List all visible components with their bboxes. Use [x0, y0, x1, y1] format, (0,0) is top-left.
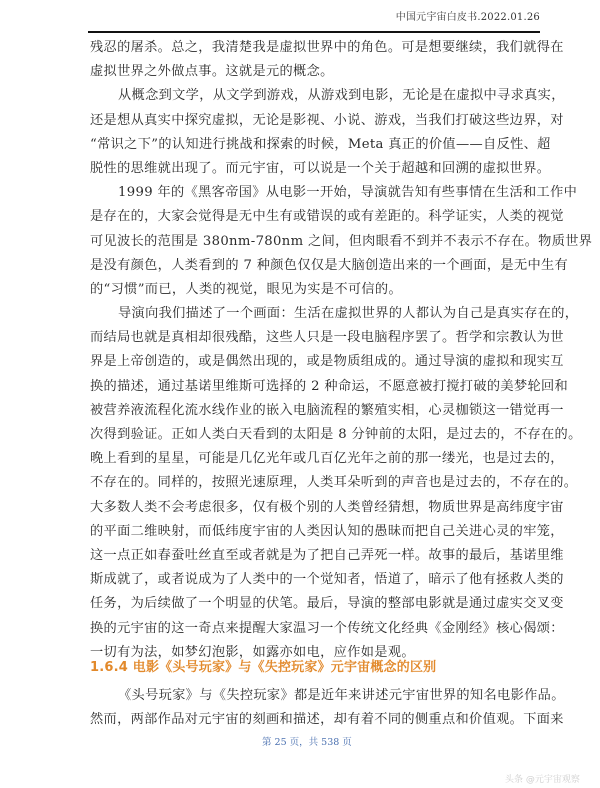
text-line: 虚拟世界之外做点事。这就是元的概念。 — [90, 60, 542, 84]
text-line: 任务，为后续做了一个明显的伏笔。最后，导演的整部电影就是通过虚实交叉变 — [90, 592, 542, 616]
text-line: 脱性的思维就出现了。而元宇宙，可以说是一个关于超越和回溯的虚拟世界。 — [90, 157, 542, 181]
running-header: 中国元宇宙白皮书.2022.01.26 — [88, 8, 540, 23]
page-number: 第 25 页，共 538 页 — [262, 734, 352, 748]
text-line: “常识之下”的认知进行挑战和探索的时候，Meta 真正的价值——自反性、超 — [90, 133, 542, 157]
text-line: 界是上帝创造的，或是偶然出现的，或是物质组成的。通过导演的虚拟和现实互 — [90, 350, 542, 374]
text-line: 不存在的。同样的，按照光速原理，人类耳朵听到的声音也是过去的，不存在的。 — [90, 471, 542, 495]
text-line: 《头号玩家》与《失控玩家》都是近年来讲述元宇宙世界的知名电影作品。 — [90, 684, 542, 708]
text-line: 换的元宇宙的这一奇点来提醒大家温习一个传统文化经典《金刚经》核心偈颂： — [90, 617, 542, 641]
section-body-text: 《头号玩家》与《失控玩家》都是近年来讲述元宇宙世界的知名电影作品。 然而，两部作… — [90, 684, 542, 732]
text-line: 被营养液流程化流水线作业的嵌入电脑流程的繁殖实相，心灵枷锁这一错觉再一 — [90, 399, 542, 423]
text-line: 换的描述，通过基诺里维斯可选择的 2 种命运，不愿意被打搅打破的美梦轮回和 — [90, 375, 542, 399]
text-line: 是存在的，大家会觉得是无中生有或错误的或有差距的。科学证实，人类的视觉 — [90, 205, 542, 229]
text-line: 1999 年的《黑客帝国》从电影一开始，导演就告知有些事情在生活和工作中 — [90, 181, 542, 205]
text-line: 而结局也就是真相却很残酷，这些人只是一段电脑程序罢了。哲学和宗教认为世 — [90, 326, 542, 350]
text-line: 是没有颜色，人类看到的 7 种颜色仅仅是大脑创造出来的一个画面，是无中生有 — [90, 254, 542, 278]
text-line: 从概念到文学，从文学到游戏，从游戏到电影，无论是在虚拟中寻求真实， — [90, 84, 542, 108]
text-line: 大多数人类不会考虑很多，仅有极个别的人类曾经猜想，物质世界是高纬度宇宙 — [90, 496, 542, 520]
text-line: 残忍的屠杀。总之，我清楚我是虚拟世界中的角色。可是想要继续，我们就得在 — [90, 36, 542, 60]
text-line: 这一点正如春蚕吐丝直至或者就是为了把自己弄死一样。故事的最后，基诺里维 — [90, 544, 542, 568]
text-line: 可见波长的范围是 380nm-780nm 之间，但肉眼看不到并不表示不存在。物质… — [90, 230, 542, 254]
body-text: 残忍的屠杀。总之，我清楚我是虚拟世界中的角色。可是想要继续，我们就得在虚拟世界之… — [90, 36, 542, 665]
watermark: 头条 @元宇宙观察 — [505, 772, 580, 785]
text-line: 还是想从真实中探究虚拟，无论是影视、小说、游戏，当我们打破这些边界，对 — [90, 109, 542, 133]
text-line: 晚上看到的星星，可能是几亿光年或几百亿光年之前的那一缕光，也是过去的， — [90, 447, 542, 471]
text-line: 的“习惯”而已，人类的视觉，眼见为实是不可信的。 — [90, 278, 542, 302]
text-line: 然而，两部作品对元宇宙的刻画和描述，却有着不同的侧重点和价值观。下面来 — [90, 708, 542, 732]
text-line: 次得到验证。正如人类白天看到的太阳是 8 分钟前的太阳，是过去的，不存在的。 — [90, 423, 542, 447]
text-line: 的平面二维映射，而低纬度宇宙的人类因认知的愚昧而把自己关进心灵的牢笼， — [90, 520, 542, 544]
section-heading: 1.6.4 电影《头号玩家》与《失控玩家》元宇宙概念的区别 — [90, 656, 436, 675]
text-line: 斯成就了，或者说成为了人类中的一个觉知者，悟道了，暗示了他有拯救人类的 — [90, 568, 542, 592]
header-divider — [88, 31, 540, 33]
text-line: 导演向我们描述了一个画面：生活在虚拟世界的人都认为自己是真实存在的， — [90, 302, 542, 326]
